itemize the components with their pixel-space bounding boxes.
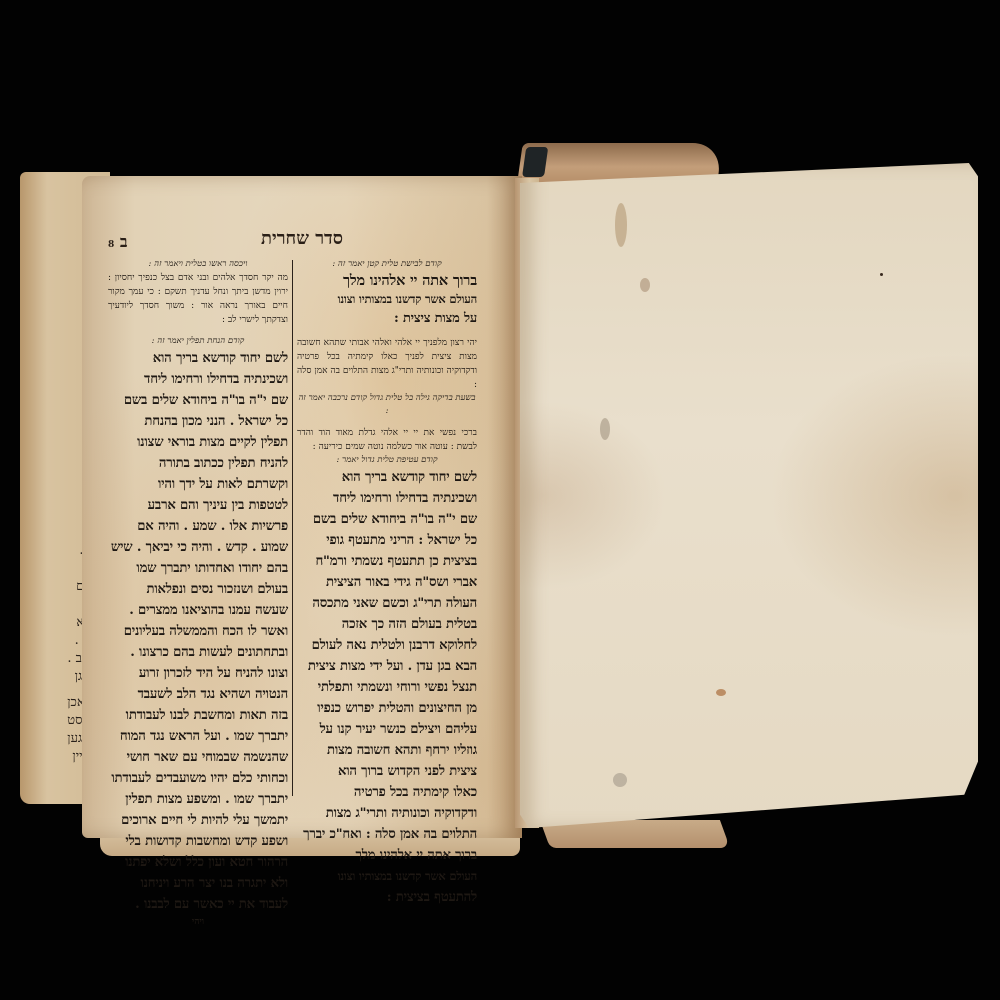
spine-dark-patch: [522, 147, 548, 177]
prayer-line: יתברך שמו . ועל הראש נגד המוח: [108, 726, 288, 747]
prayer-line: יתברך שמו . ומשפע מצות תפלין: [108, 789, 288, 810]
prayer-line: ובתחתונים לעשות בהם כרצונו .: [108, 642, 288, 663]
prayer-line: ושכינתיה בדחילו ורחימו ליחד: [297, 488, 477, 509]
blessing-line: על מצות ציצית :: [297, 309, 477, 328]
stain: [716, 689, 726, 696]
prayer-line: כאלו קימתיה בכל פרטיה: [297, 782, 477, 803]
prayer-line: יתמשך עלי להיות לי חיים ארוכים: [108, 810, 288, 831]
prayer-paragraph: יהי רצון מלפניך יי אלהי ואלהי אבותי שתהא…: [297, 336, 477, 392]
stain: [613, 773, 627, 787]
prayer-line: לעבוד את יי כאשר עם לבבנו .: [108, 894, 288, 915]
prayer-line: תנצל נפשי ורוחי ונשמתי ותפלתי: [297, 677, 477, 698]
instruction-line: קודם לבישת טלית קטן יאמר זה :: [297, 258, 477, 271]
column-divider: [292, 260, 293, 796]
blessing-line: ברוך אתה יי אלהינו מלך: [297, 845, 477, 866]
page-number: ב 8: [108, 232, 128, 252]
stain: [600, 418, 610, 440]
prayer-line: התלוים בה אמן סלה : ואח"כ יברך: [297, 824, 477, 845]
psalm-paragraph: ברכי נפשי את יי יי אלהי גדלת מאוד הוד וה…: [297, 426, 477, 454]
page-number-hebrew: ב: [120, 232, 128, 251]
prayer-line: בזה תאות ומחשבת לבנו לעבודתו: [108, 705, 288, 726]
text-column-right: קודם לבישת טלית קטן יאמר זה : ברוך אתה י…: [297, 258, 477, 908]
running-head: סדר שחרית: [82, 228, 522, 249]
photo-scene: ה ים תי ןקם . ן דיין קאקם ון : ונ צוא גא…: [0, 0, 1000, 1000]
catchword: ויהי: [108, 915, 288, 929]
blank-page-right: [520, 163, 978, 828]
prayer-line: פרשיות אלו . שמע . והיה אם: [108, 516, 288, 537]
prayer-line: כל ישראל . הנני מכון בהנחת: [108, 411, 288, 432]
prayer-line: ולא יתגרה בנו יצר הרע ויניחנו: [108, 873, 288, 894]
prayer-line: שמוע . קדש . והיה כי יביאך . שיש: [108, 537, 288, 558]
prayer-line: לשם יחוד קודשא בריך הוא: [108, 348, 288, 369]
prayer-line: ואשר לו הכח והממשלה בעליונים: [108, 621, 288, 642]
prayer-line: לשם יחוד קודשא בריך הוא: [297, 467, 477, 488]
prayer-line: בהם יחודו ואחדותו יתברך שמו: [108, 558, 288, 579]
prayer-line: ושפע קדש ומחשבות קדושות בלי: [108, 831, 288, 852]
prayer-line: ציצית לפני הקדוש ברוך הוא: [297, 761, 477, 782]
stain: [615, 203, 627, 247]
prayer-line: עליהם ויצילם כנשר יעיר קנו על: [297, 719, 477, 740]
prayer-line: להניח תפלין ככתוב בתורה: [108, 453, 288, 474]
instruction-line: ויכסה ראשו בטלית ויאמר זה :: [108, 258, 288, 271]
prayer-line: ושכינתיה בדחילו ורחימו ליחד: [108, 369, 288, 390]
prayer-line: אברי ושס"ה גידי באור הציצית: [297, 572, 477, 593]
prayer-line: בטלית בעולם הזה כך אזכה: [297, 614, 477, 635]
prayer-line: כל ישראל : הריני מתעטף גופי: [297, 530, 477, 551]
prayer-line: שהנשמה שבמוחי עם שאר חושי: [108, 747, 288, 768]
instruction-line: בשעת בדיקה גילה בל טלית גדול קודם נרכבה …: [297, 392, 477, 418]
prayer-line: ודקדוקיה וכונותיה ותרי"ג מצות: [297, 803, 477, 824]
prayer-line: וכחותי כלם יהיו משועבדים לעבודתו: [108, 768, 288, 789]
stain: [640, 278, 650, 292]
prayer-line: לחלוקא דרבנן ולטלית נאה לעולם: [297, 635, 477, 656]
prayer-line: בציצית כן תתעטף נשמתי ורמ"ח: [297, 551, 477, 572]
prayer-line: תפלין לקיים מצות בוראי שצונו: [108, 432, 288, 453]
prayer-line: שם י"ה בו"ה ביחודא שלים בשם: [108, 390, 288, 411]
page-number-arabic: 8: [108, 240, 114, 250]
prayer-line: גוזליו ירחף ותהא חשובה מצות: [297, 740, 477, 761]
prayer-line: וצונו להניח על היד לזכרון זרוע: [108, 663, 288, 684]
stain: [880, 273, 883, 276]
blessing-line: העולם אשר קדשנו במצותיו וצונו: [297, 290, 477, 309]
prayer-line: הרהור חטא ועון כלל ושלא יפתנו: [108, 852, 288, 873]
prayer-line: בעולם ושנזכור נסים ונפלאות: [108, 579, 288, 600]
blessing-line: להתעטף בציצית :: [297, 887, 477, 908]
prayer-line: שעשה עמנו בהוציאנו ממצרים .: [108, 600, 288, 621]
prayer-line: מן החיצונים והטלית יפרוש כנפיו: [297, 698, 477, 719]
prayer-line: וקשרתם לאות על ידך והיו: [108, 474, 288, 495]
psalm-paragraph: מה יקר חסדך אלהים ובני אדם בצל כנפיך יחס…: [108, 271, 288, 327]
instruction-line: קודם הנחת תפלין יאמר זה :: [108, 335, 288, 348]
prayer-line: הנטויה ושהיא נגד הלב לשעבד: [108, 684, 288, 705]
printed-page-left: סדר שחרית ב 8 קודם לבישת טלית קטן יאמר ז…: [82, 176, 522, 838]
prayer-line: הבא בגן עדן . ועל ידי מצות ציצית: [297, 656, 477, 677]
prayer-line: שם י"ה בו"ה ביחודא שלים בשם: [297, 509, 477, 530]
blessing-line: ברוך אתה יי אלהינו מלך: [297, 271, 477, 290]
blessing-line: העולם אשר קדשנו במצותיו וצונו: [297, 866, 477, 887]
prayer-line: לטטפות בין עיניך והם ארבע: [108, 495, 288, 516]
instruction-line: קודם עטיפת טלית גדול יאמר :: [297, 454, 477, 467]
text-column-left: ויכסה ראשו בטלית ויאמר זה : מה יקר חסדך …: [108, 258, 288, 929]
prayer-line: העולה תרי"ג וכשם שאני מתכסה: [297, 593, 477, 614]
